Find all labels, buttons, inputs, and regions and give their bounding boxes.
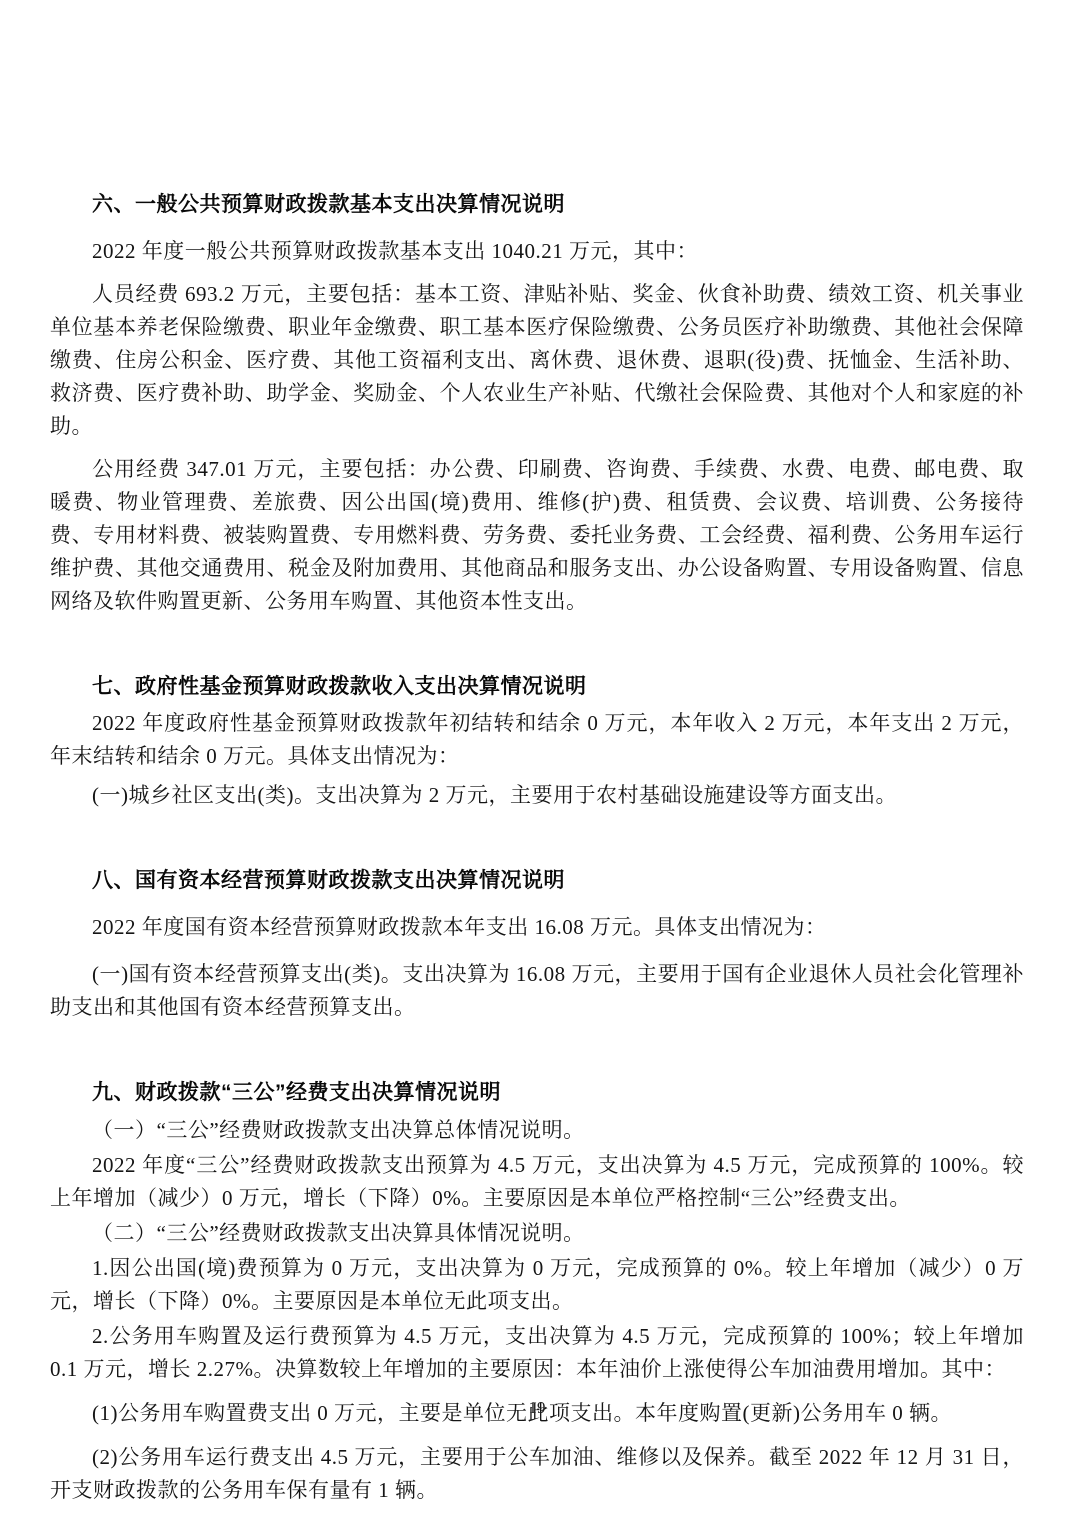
section-8-heading: 八、国有资本经营预算财政拨款支出决算情况说明 [50,864,1024,897]
section-7-paragraph-urban-rural-community: (一)城乡社区支出(类)。支出决算为 2 万元，主要用于农村基础设施建设等方面支… [50,779,1024,812]
section-6-paragraph-personnel-funds: 人员经费 693.2 万元，主要包括：基本工资、津贴补贴、奖金、伙食补助费、绩效… [50,278,1024,443]
document-content: 六、一般公共预算财政拨款基本支出决算情况说明 2022 年度一般公共预算财政拨款… [0,0,1074,1507]
section-6-paragraph-public-funds: 公用经费 347.01 万元，主要包括：办公费、印刷费、咨询费、手续费、水费、电… [50,453,1024,618]
section-three-public-expenses: 九、财政拨款“三公”经费支出决算情况说明 （一）“三公”经费财政拨款支出决算总体… [50,1076,1024,1507]
page-number: 19 [529,1398,546,1417]
section-9-paragraph-abroad-expense: 1.因公出国(境)费预算为 0 万元，支出决算为 0 万元，完成预算的 0%。较… [50,1252,1024,1318]
section-8-paragraph-overview: 2022 年度国有资本经营预算财政拨款本年支出 16.08 万元。具体支出情况为… [50,911,1024,944]
section-9-paragraph-vehicle-expense: 2.公务用车购置及运行费预算为 4.5 万元，支出决算为 4.5 万元，完成预算… [50,1320,1024,1386]
section-9-paragraph-overall-title: （一）“三公”经费财政拨款支出决算总体情况说明。 [50,1114,1024,1147]
page-footer: 19 [0,1398,1074,1418]
section-general-public-budget-basic-expenditure: 六、一般公共预算财政拨款基本支出决算情况说明 2022 年度一般公共预算财政拨款… [50,188,1024,618]
section-7-paragraph-overview: 2022 年度政府性基金预算财政拨款年初结转和结余 0 万元，本年收入 2 万元… [50,707,1024,773]
section-government-fund-budget: 七、政府性基金预算财政拨款收入支出决算情况说明 2022 年度政府性基金预算财政… [50,670,1024,812]
section-9-paragraph-vehicle-operation: (2)公务用车运行费支出 4.5 万元，主要用于公车加油、维修以及保养。截至 2… [50,1441,1024,1507]
section-7-heading: 七、政府性基金预算财政拨款收入支出决算情况说明 [50,670,1024,703]
document-page: 六、一般公共预算财政拨款基本支出决算情况说明 2022 年度一般公共预算财政拨款… [0,0,1074,1520]
section-9-heading: 九、财政拨款“三公”经费支出决算情况说明 [50,1076,1024,1109]
section-6-paragraph-total: 2022 年度一般公共预算财政拨款基本支出 1040.21 万元，其中： [50,235,1024,268]
section-8-paragraph-detail: (一)国有资本经营预算支出(类)。支出决算为 16.08 万元，主要用于国有企业… [50,958,1024,1024]
section-9-paragraph-overall-detail: 2022 年度“三公”经费财政拨款支出预算为 4.5 万元，支出决算为 4.5 … [50,1149,1024,1215]
section-6-heading: 六、一般公共预算财政拨款基本支出决算情况说明 [50,188,1024,221]
section-9-paragraph-specific-title: （二）“三公”经费财政拨款支出决算具体情况说明。 [50,1217,1024,1250]
section-state-capital-operation-budget: 八、国有资本经营预算财政拨款支出决算情况说明 2022 年度国有资本经营预算财政… [50,864,1024,1024]
